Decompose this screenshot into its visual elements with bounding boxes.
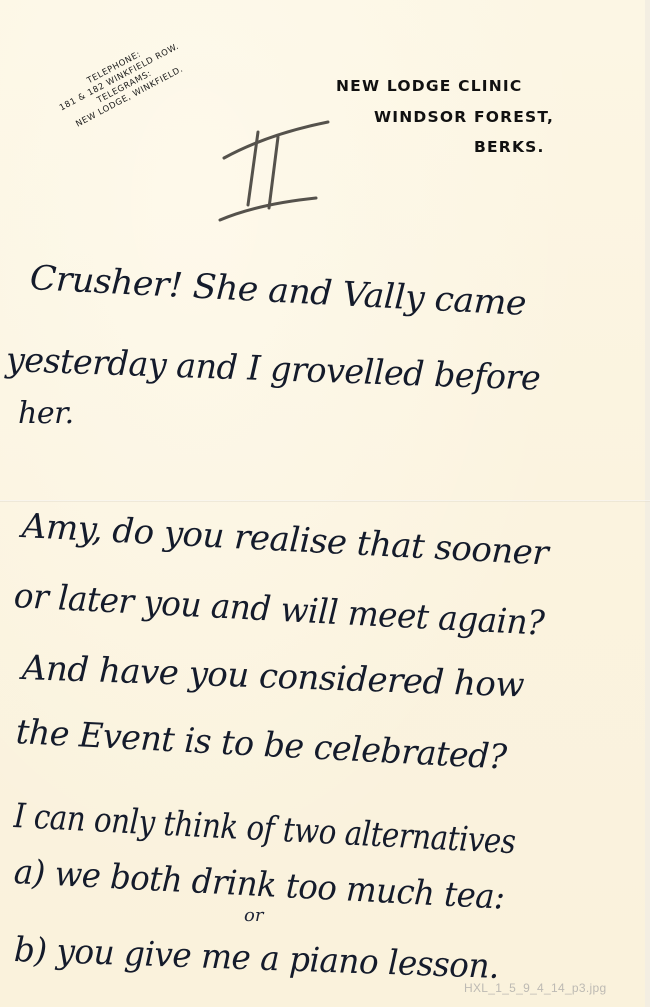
fold-crease xyxy=(0,500,650,502)
interlinear-or-note: or xyxy=(244,905,263,926)
letterhead-county: BERKS. xyxy=(474,138,545,156)
letter-line-10: b) you give me a piano lesson. xyxy=(13,930,499,987)
filename-watermark: HXL_1_5_9_4_14_p3.jpg xyxy=(464,981,606,995)
letterhead-location: WINDSOR FOREST, xyxy=(374,108,554,126)
letter-line-8: I can only think of two alternatives xyxy=(13,796,516,862)
letter-line-7: the Event is to be celebrated? xyxy=(15,712,507,778)
letter-line-5: or later you and will meet again? xyxy=(13,576,545,644)
contact-telephone-number: 181 & 182 WINKFIELD ROW. xyxy=(33,29,206,128)
letterhead-contact-block: TELEPHONE: 181 & 182 WINKFIELD ROW. TELE… xyxy=(28,19,216,147)
letter-line-2: yesterday and I grovelled before xyxy=(5,340,541,399)
letter-line-6: And have you considered how xyxy=(21,648,524,706)
letterhead-clinic-name: NEW LODGE CLINIC xyxy=(336,77,522,95)
letter-page: TELEPHONE: 181 & 182 WINKFIELD ROW. TELE… xyxy=(0,0,650,1007)
page-number-roman-numeral-icon xyxy=(218,112,338,222)
letter-line-1: Crusher! She and Vally came xyxy=(29,258,527,324)
letter-line-3: her. xyxy=(18,396,74,431)
scan-edge xyxy=(645,0,650,1007)
letter-line-4: Amy, do you realise that sooner xyxy=(21,506,549,574)
